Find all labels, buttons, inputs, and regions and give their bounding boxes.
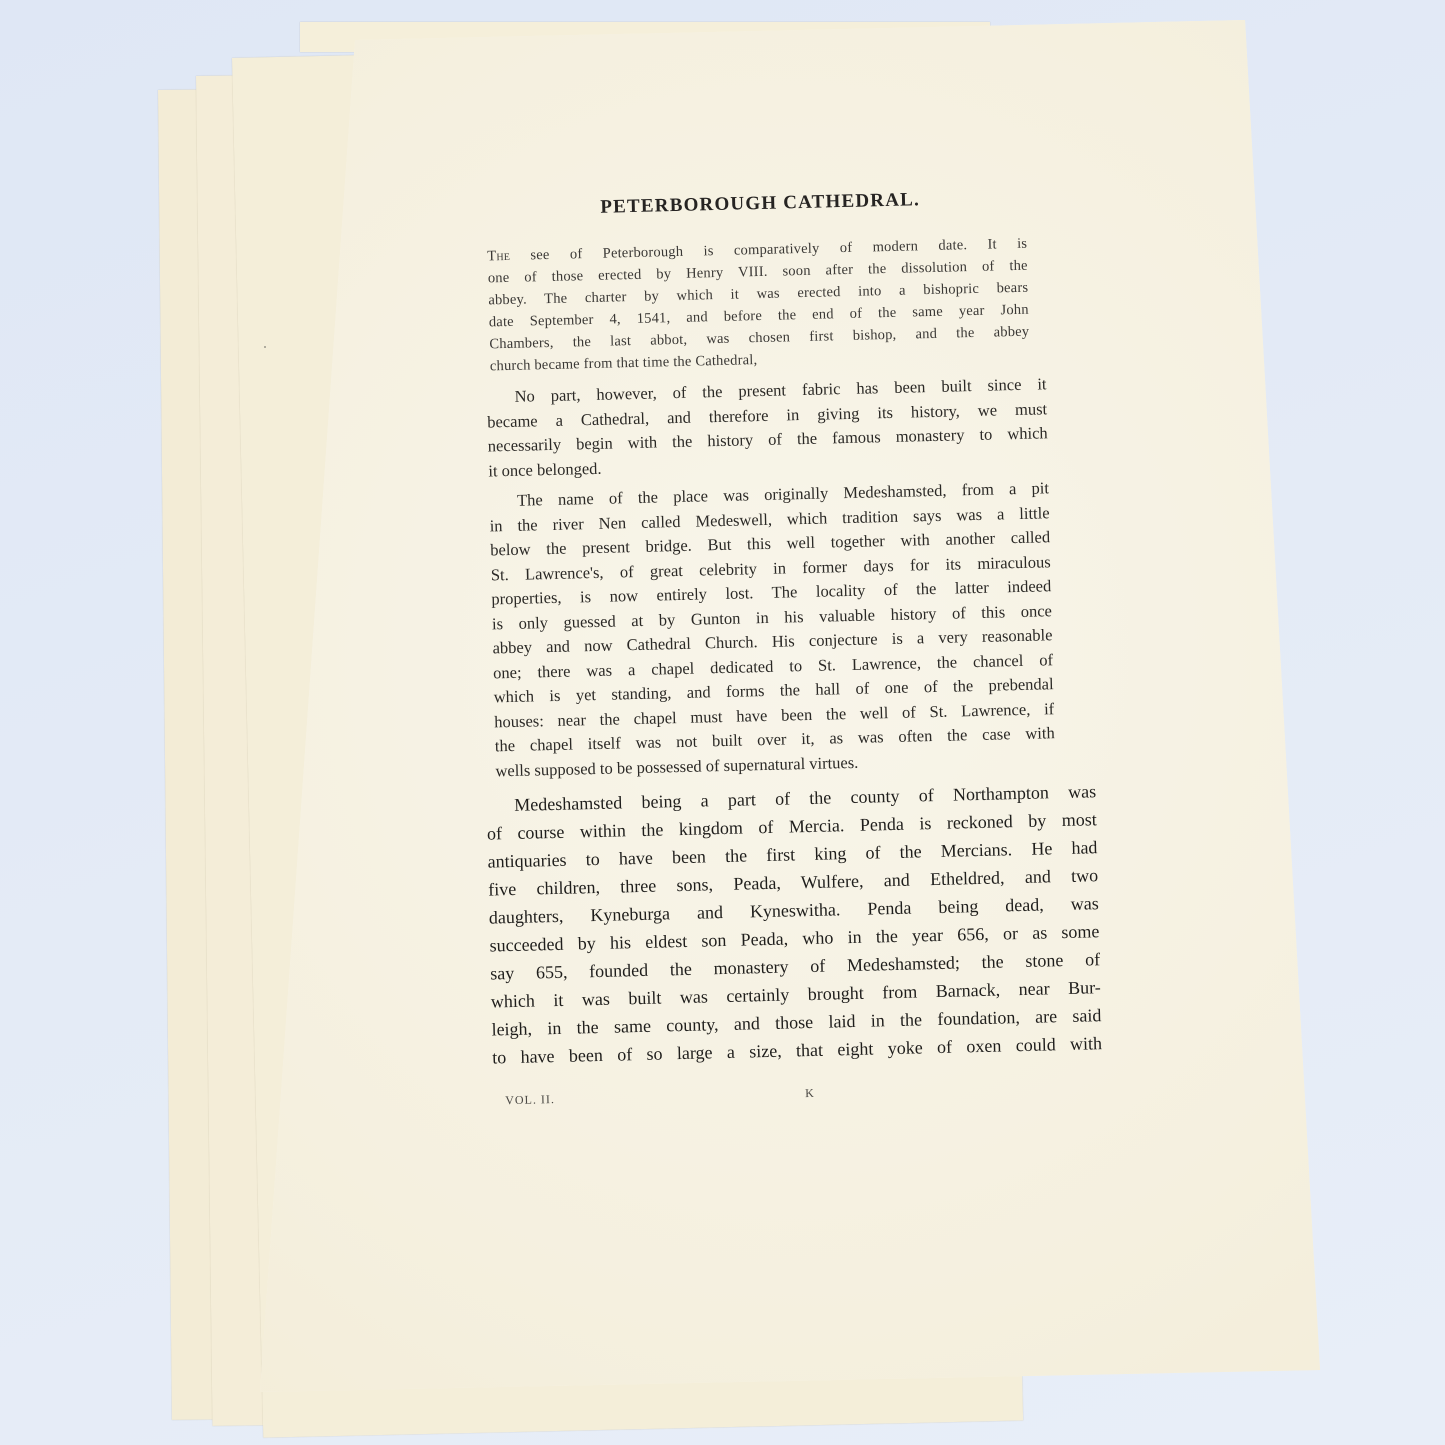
page-title: PETERBOROUGH CATHEDRAL. bbox=[480, 186, 1040, 221]
page-text-block: PETERBOROUGH CATHEDRAL. The see of Peter… bbox=[462, 185, 1113, 1094]
signature-mark: K bbox=[805, 1086, 815, 1101]
paragraph-3: The name of the place was originally Med… bbox=[489, 476, 1056, 783]
page-footer: VOL. II. K bbox=[505, 1079, 1105, 1093]
paper-speck bbox=[264, 346, 266, 348]
volume-label: VOL. II. bbox=[505, 1092, 555, 1108]
paragraph-4: Medeshamsted being a part of the county … bbox=[486, 777, 1102, 1071]
paragraph-2: No part, however, of the present fabric … bbox=[486, 372, 1048, 483]
lead-word: The bbox=[487, 248, 510, 265]
paragraph-1: The see of Peterborough is comparatively… bbox=[487, 233, 1030, 378]
